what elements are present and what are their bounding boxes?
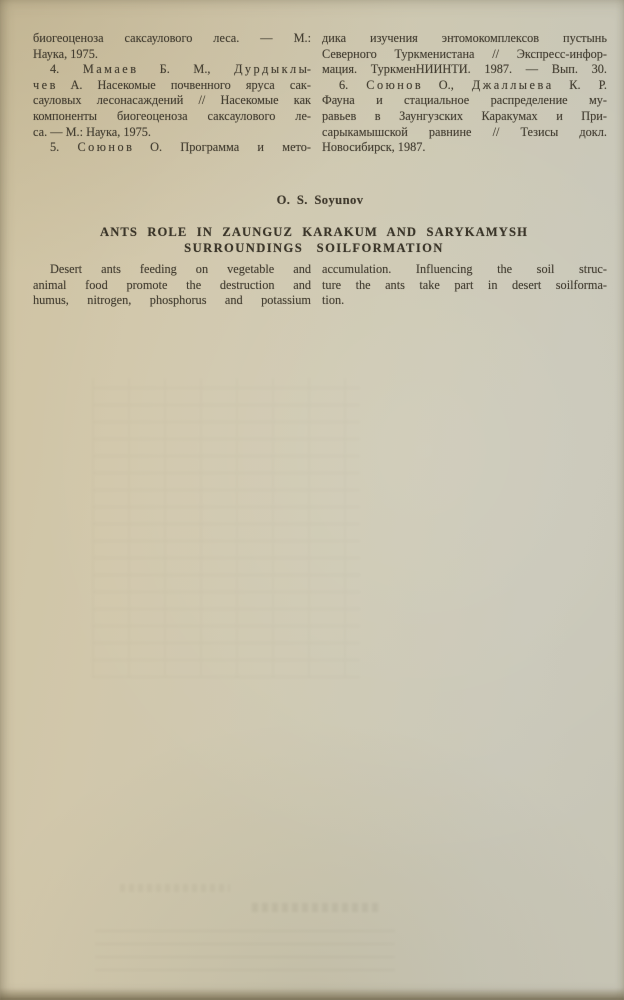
- title-line: ANTS ROLE IN ZAUNGUZ KARAKUM AND SARYKAM…: [100, 225, 528, 241]
- abstract-line: ture the ants take part in desert soilfo…: [322, 278, 607, 294]
- reference-line: компоненты биогеоценоза саксаулового ле-: [33, 109, 311, 125]
- title-line: SURROUNDINGS SOILFORMATION: [100, 241, 528, 257]
- references-right-column: дика изучения энтомокомплексов пустынь С…: [322, 31, 607, 156]
- bleedthrough-ghost: [95, 927, 395, 971]
- abstract-line: tion.: [322, 293, 607, 309]
- reference-line: Новосибирск, 1987.: [322, 140, 607, 156]
- reference-line: биогеоценоза саксаулового леса. — М.:: [33, 31, 311, 47]
- reference-line: дика изучения энтомокомплексов пустынь: [322, 31, 607, 47]
- abstract-line: humus, nitrogen, phosphorus and potassiu…: [33, 293, 311, 309]
- article-title: ANTS ROLE IN ZAUNGUZ KARAKUM AND SARYKAM…: [100, 225, 528, 256]
- abstract-line: animal food promote the destruction and: [33, 278, 311, 294]
- reference-line: ч е в А. Насекомые почвенного яруса сак-: [33, 78, 311, 94]
- reference-line: 6. С о ю н о в О., Д ж а л л ы е в а К. …: [322, 78, 607, 94]
- article-author: O. S. Soyunov: [33, 193, 607, 208]
- abstract-right-column: accumulation. Influencing the soil struc…: [322, 262, 607, 309]
- abstract-line: accumulation. Influencing the soil struc…: [322, 262, 607, 278]
- references-left-column: биогеоценоза саксаулового леса. — М.: На…: [33, 31, 311, 156]
- abstract-line: Desert ants feeding on vegetable and: [33, 262, 311, 278]
- reference-line: сарыкамышской равнине // Тезисы докл.: [322, 125, 607, 141]
- reference-line: Северного Туркменистана // Экспресс-инфо…: [322, 47, 607, 63]
- bleedthrough-ghost: [252, 903, 378, 912]
- reference-line: Фауна и стациальное распределение му-: [322, 93, 607, 109]
- reference-line: 4. М а м а е в Б. М., Д у р д ы к л ы-: [33, 62, 311, 78]
- reference-line: сауловых лесонасаждений // Насекомые как: [33, 93, 311, 109]
- abstract-left-column: Desert ants feeding on vegetable and ani…: [33, 262, 311, 309]
- bleedthrough-ghost: [92, 378, 360, 678]
- reference-line: мация. ТуркменНИИНТИ. 1987. — Вып. 30.: [322, 62, 607, 78]
- page-bottom-edge-shadow: [0, 988, 624, 1000]
- reference-line: 5. С о ю н о в О. Программа и мето-: [33, 140, 311, 156]
- scanned-page: биогеоценоза саксаулового леса. — М.: На…: [0, 0, 624, 1000]
- bleedthrough-ghost: [120, 884, 230, 892]
- reference-line: са. — М.: Наука, 1975.: [33, 125, 311, 141]
- reference-line: равьев в Заунгузских Каракумах и При-: [322, 109, 607, 125]
- reference-line: Наука, 1975.: [33, 47, 311, 63]
